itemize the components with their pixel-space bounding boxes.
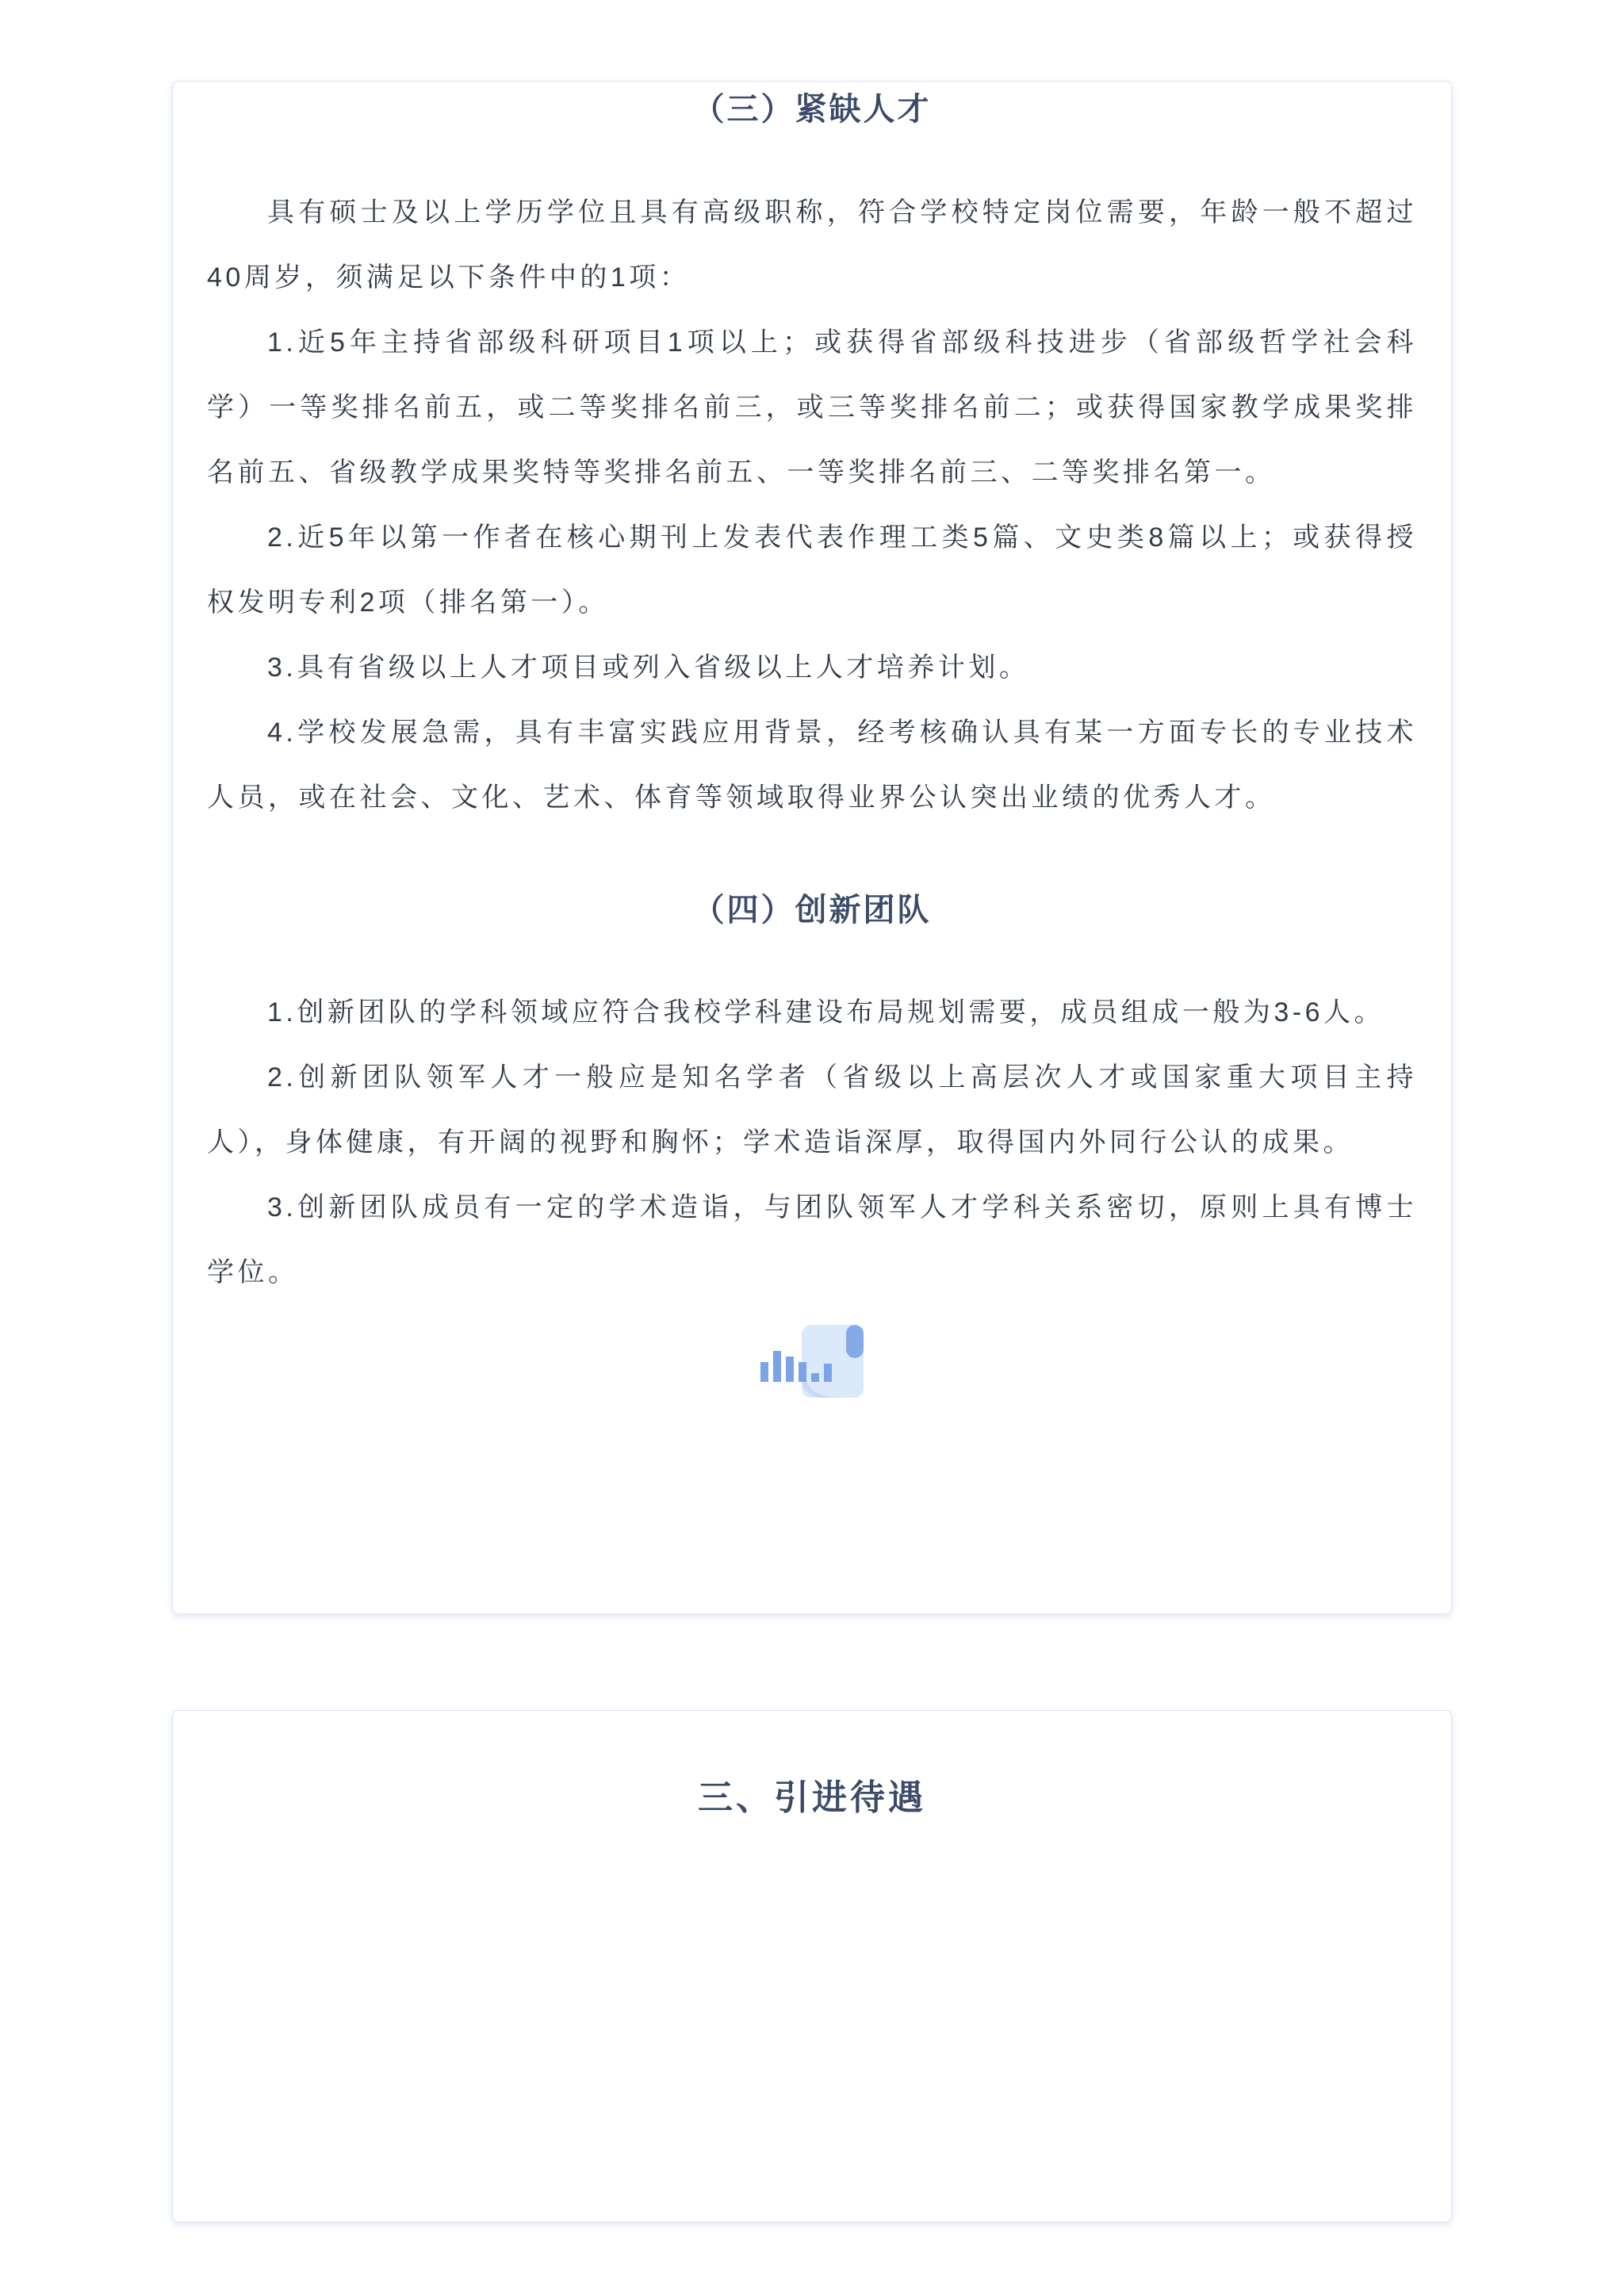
decorative-icon-container xyxy=(207,1325,1417,1398)
paragraph-team-item-3: 3.创新团队成员有一定的学术造诣，与团队领军人才学科关系密切，原则上具有博士学位… xyxy=(207,1175,1417,1305)
section-heading-scarce-talents: （三）紧缺人才 xyxy=(207,90,1417,128)
section-card-recruitment-benefits: 三、引进待遇 xyxy=(172,1710,1452,2222)
section-heading-innovation-team: （四）创新团队 xyxy=(207,891,1417,929)
bar-chart-document-icon xyxy=(760,1325,864,1398)
section-card-talent-criteria: （三）紧缺人才 具有硕士及以上学历学位且具有高级职称，符合学校特定岗位需要，年龄… xyxy=(172,81,1452,1614)
paragraph-scarce-item-4: 4.学校发展急需，具有丰富实践应用背景，经考核确认具有某一方面专长的专业技术人员… xyxy=(207,700,1417,830)
paragraph-scarce-item-1: 1.近5年主持省部级科研项目1项以上；或获得省部级科技进步（省部级哲学社会科学）… xyxy=(207,310,1417,505)
section-title-benefits: 三、引进待遇 xyxy=(173,1777,1451,1819)
paragraph-scarce-item-3: 3.具有省级以上人才项目或列入省级以上人才培养计划。 xyxy=(207,635,1417,700)
paragraph-scarce-item-2: 2.近5年以第一作者在核心期刊上发表代表作理工类5篇、文史类8篇以上；或获得授权… xyxy=(207,505,1417,635)
paragraph-scarce-intro: 具有硕士及以上学历学位且具有高级职称，符合学校特定岗位需要，年龄一般不超过40周… xyxy=(207,180,1417,310)
article-page: （三）紧缺人才 具有硕士及以上学历学位且具有高级职称，符合学校特定岗位需要，年龄… xyxy=(0,0,1624,2296)
paragraph-team-item-2: 2.创新团队领军人才一般应是知名学者（省级以上高层次人才或国家重大项目主持人），… xyxy=(207,1045,1417,1175)
paragraph-team-item-1: 1.创新团队的学科领域应符合我校学科建设布局规划需要，成员组成一般为3-6人。 xyxy=(207,980,1417,1045)
